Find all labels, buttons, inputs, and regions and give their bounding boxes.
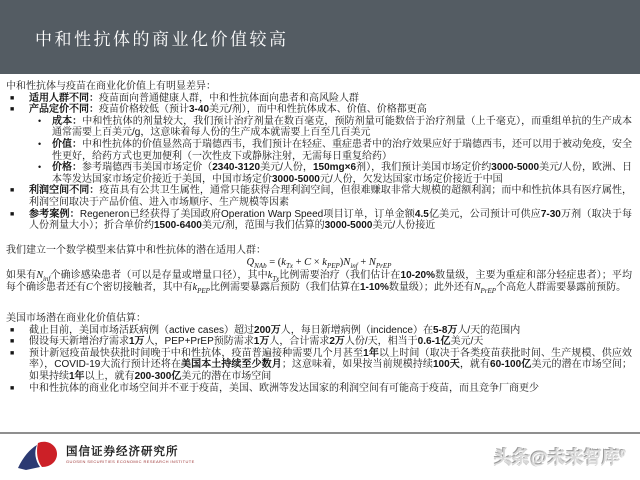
guosen-logo-name-en: GUOSEN SECURITIES ECONOMIC RESEARCH INST… xyxy=(66,459,195,465)
guosen-logo-name-cn: 国信证券经济研究所 xyxy=(66,446,195,459)
slide-header: 中和性抗体的商业化价值较高 xyxy=(0,0,640,74)
bullet-text: 利润空间不同：疫苗具有公共卫生属性，通常只能获得合理利润空间，但很难赚取非常大规… xyxy=(29,185,632,208)
bullet-marker: ■ xyxy=(10,348,21,383)
model-explanation: 如果有Ninf个确诊感染患者（可以是存量或增量口径），其中kTx比例需要治疗（我… xyxy=(6,270,632,293)
bullet-marker: ■ xyxy=(10,325,21,337)
guosen-logo-text: 国信证券经济研究所 GUOSEN SECURITIES ECONOMIC RES… xyxy=(66,446,195,465)
watermark-text: 头条@未来智库 xyxy=(494,448,620,467)
slide-page: 中和性抗体的商业化价值较高 中和性抗体与疫苗在商业化价值上有明显差异： ■适用人… xyxy=(0,0,640,480)
bullet-text: 产品定价不同：疫苗价格较低（预计3-40美元/剂），而中和性抗体成本、价值、价格… xyxy=(29,104,632,116)
bullet-marker: ■ xyxy=(10,383,21,395)
market-section-title: 美国市场潜在商业化价值估算： xyxy=(6,313,632,325)
bullet-text: 截止目前，美国市场活跃病例（active cases）超过200万人，每日新增病… xyxy=(29,325,632,337)
spacer xyxy=(6,232,632,245)
slide-footer: 国信证券经济研究所 GUOSEN SECURITIES ECONOMIC RES… xyxy=(0,432,640,480)
bullet-text: 假设每天新增治疗需求1万人，PEP+PrEP预防需求1万人，合计需求2万人份/天… xyxy=(29,336,632,348)
model-lead: 我们建立一个数学模型来估算中和性抗体的潜在适用人群： xyxy=(6,245,632,257)
bullet-marker: ■ xyxy=(10,104,21,116)
guosen-sail-icon xyxy=(16,440,60,470)
spacer xyxy=(6,293,632,313)
bullet-text: 价格：参考瑞德西韦美国市场定价（2340-3120美元/人份，150mg×6剂）… xyxy=(52,162,632,185)
bullet-item: ■假设每天新增治疗需求1万人，PEP+PrEP预防需求1万人，合计需求2万人份/… xyxy=(6,336,632,348)
bullet-marker: • xyxy=(38,162,43,185)
bullet-marker: ■ xyxy=(10,185,21,208)
bullet-item: ■截止目前，美国市场活跃病例（active cases）超过200万人，每日新增… xyxy=(6,325,632,337)
bullet-item: ■利润空间不同：疫苗具有公共卫生属性，通常只能获得合理利润空间，但很难赚取非常大… xyxy=(6,185,632,208)
bullet-item: •价格：参考瑞德西韦美国市场定价（2340-3120美元/人份，150mg×6剂… xyxy=(38,162,632,185)
slide-body: 中和性抗体与疫苗在商业化价值上有明显差异： ■适用人群不同：疫苗面向普通健康人群… xyxy=(0,74,640,394)
bullet-text: 中和性抗体的商业化市场空间并不亚于疫苗，美国、欧洲等发达国家的利润空间有可能高于… xyxy=(29,383,632,395)
bullet-text: 成本：中和性抗体的剂量较大，我们预计治疗剂量在数百毫克，预防剂量可能数倍于治疗剂… xyxy=(52,116,632,139)
market-bullet-list: ■截止目前，美国市场活跃病例（active cases）超过200万人，每日新增… xyxy=(6,325,632,395)
bullet-item: ■预计新冠疫苗最快获批时间晚于中和性抗体，疫苗普遍接种需要几个月甚至1年以上时间… xyxy=(6,348,632,383)
bullet-marker: ■ xyxy=(10,336,21,348)
watermark-superscript: 0 xyxy=(620,448,626,458)
bullet-item: •成本：中和性抗体的剂量较大，我们预计治疗剂量在数百毫克，预防剂量可能数倍于治疗… xyxy=(38,116,632,139)
difference-bullet-list: ■适用人群不同：疫苗面向普通健康人群，中和性抗体面向患者和高风险人群■产品定价不… xyxy=(6,93,632,232)
bullet-item: ■中和性抗体的商业化市场空间并不亚于疫苗，美国、欧洲等发达国家的利润空间有可能高… xyxy=(6,383,632,395)
intro-text: 中和性抗体与疫苗在商业化价值上有明显差异： xyxy=(6,81,632,93)
bullet-text: 价值：中和性抗体的价值显然高于瑞德西韦，我们预计在轻症、重症患者中的治疗效果应好… xyxy=(52,139,632,162)
watermark: 头条@未来智库0 xyxy=(494,443,626,468)
bullet-marker: • xyxy=(38,116,43,139)
bullet-item: ■参考案例：Regeneron已经获得了美国政府Operation Warp S… xyxy=(6,209,632,232)
bullet-marker: • xyxy=(38,139,43,162)
bullet-item: ■适用人群不同：疫苗面向普通健康人群，中和性抗体面向患者和高风险人群 xyxy=(6,93,632,105)
page-title: 中和性抗体的商业化价值较高 xyxy=(35,25,289,50)
guosen-logo: 国信证券经济研究所 GUOSEN SECURITIES ECONOMIC RES… xyxy=(16,440,195,470)
bullet-text: 预计新冠疫苗最快获批时间晚于中和性抗体，疫苗普遍接种需要几个月甚至1年以上时间（… xyxy=(29,348,632,383)
bullet-marker: ■ xyxy=(10,209,21,232)
bullet-marker: ■ xyxy=(10,93,21,105)
bullet-text: 参考案例：Regeneron已经获得了美国政府Operation Warp Sp… xyxy=(29,209,632,232)
bullet-item: ■产品定价不同：疫苗价格较低（预计3-40美元/剂），而中和性抗体成本、价值、价… xyxy=(6,104,632,116)
bullet-item: •价值：中和性抗体的价值显然高于瑞德西韦，我们预计在轻症、重症患者中的治疗效果应… xyxy=(38,139,632,162)
bullet-text: 适用人群不同：疫苗面向普通健康人群，中和性抗体面向患者和高风险人群 xyxy=(29,93,632,105)
model-formula: QNAb = (kTx + C × kPEP)Ninf + NPrEP xyxy=(6,257,632,269)
